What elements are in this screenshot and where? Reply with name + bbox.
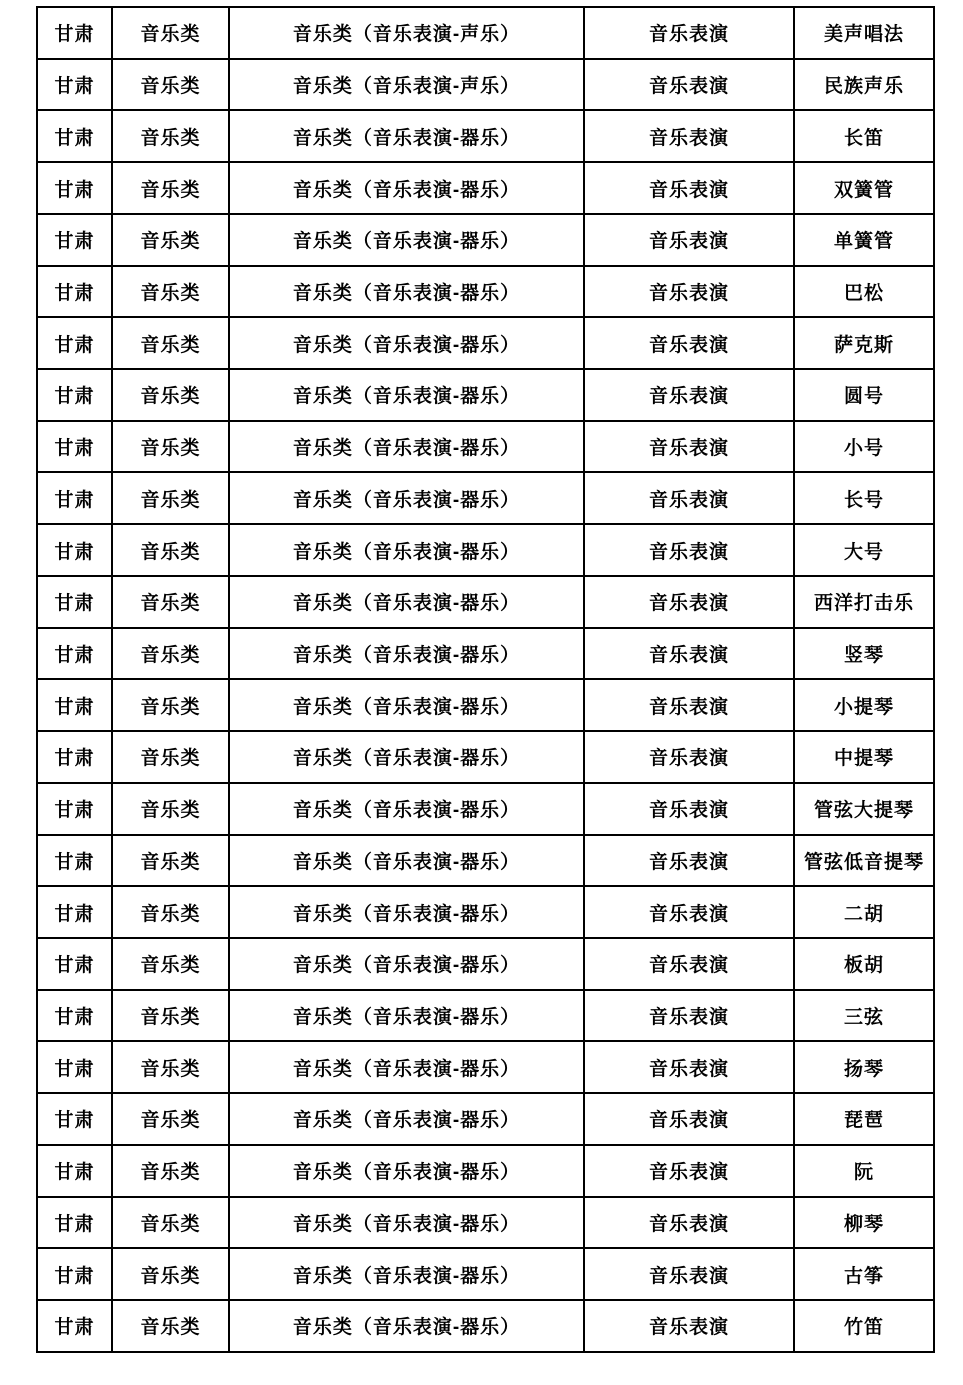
cell-specialization: 小号 <box>794 421 934 473</box>
cell-exam-category: 音乐类 <box>112 317 229 369</box>
cell-province: 甘肃 <box>37 7 112 59</box>
cell-specialization: 单簧管 <box>794 214 934 266</box>
cell-specialization: 巴松 <box>794 266 934 318</box>
cell-exam-category: 音乐类 <box>112 1145 229 1197</box>
cell-exam-category-detail: 音乐类（音乐表演-器乐） <box>229 110 584 162</box>
cell-major: 音乐表演 <box>584 472 794 524</box>
cell-major: 音乐表演 <box>584 679 794 731</box>
cell-exam-category-detail: 音乐类（音乐表演-声乐） <box>229 59 584 111</box>
cell-exam-category: 音乐类 <box>112 214 229 266</box>
cell-province: 甘肃 <box>37 990 112 1042</box>
cell-specialization: 扬琴 <box>794 1041 934 1093</box>
cell-specialization: 圆号 <box>794 369 934 421</box>
cell-province: 甘肃 <box>37 266 112 318</box>
cell-exam-category-detail: 音乐类（音乐表演-器乐） <box>229 1041 584 1093</box>
cell-exam-category-detail: 音乐类（音乐表演-器乐） <box>229 783 584 835</box>
cell-specialization: 竖琴 <box>794 628 934 680</box>
cell-major: 音乐表演 <box>584 110 794 162</box>
table-row: 甘肃音乐类音乐类（音乐表演-器乐）音乐表演二胡 <box>37 886 934 938</box>
cell-exam-category-detail: 音乐类（音乐表演-器乐） <box>229 472 584 524</box>
table-row: 甘肃音乐类音乐类（音乐表演-器乐）音乐表演扬琴 <box>37 1041 934 1093</box>
cell-major: 音乐表演 <box>584 524 794 576</box>
cell-province: 甘肃 <box>37 783 112 835</box>
cell-province: 甘肃 <box>37 938 112 990</box>
cell-province: 甘肃 <box>37 110 112 162</box>
table-row: 甘肃音乐类音乐类（音乐表演-器乐）音乐表演小号 <box>37 421 934 473</box>
cell-exam-category: 音乐类 <box>112 576 229 628</box>
cell-province: 甘肃 <box>37 472 112 524</box>
cell-exam-category-detail: 音乐类（音乐表演-器乐） <box>229 162 584 214</box>
cell-exam-category-detail: 音乐类（音乐表演-器乐） <box>229 886 584 938</box>
cell-specialization: 大号 <box>794 524 934 576</box>
cell-exam-category-detail: 音乐类（音乐表演-器乐） <box>229 369 584 421</box>
cell-specialization: 美声唱法 <box>794 7 934 59</box>
cell-province: 甘肃 <box>37 1248 112 1300</box>
cell-exam-category-detail: 音乐类（音乐表演-器乐） <box>229 266 584 318</box>
table-row: 甘肃音乐类音乐类（音乐表演-器乐）音乐表演单簧管 <box>37 214 934 266</box>
table-row: 甘肃音乐类音乐类（音乐表演-器乐）音乐表演古筝 <box>37 1248 934 1300</box>
cell-exam-category-detail: 音乐类（音乐表演-器乐） <box>229 835 584 887</box>
admissions-category-table: 甘肃音乐类音乐类（音乐表演-声乐）音乐表演美声唱法甘肃音乐类音乐类（音乐表演-声… <box>36 6 935 1353</box>
cell-exam-category-detail: 音乐类（音乐表演-器乐） <box>229 1093 584 1145</box>
cell-province: 甘肃 <box>37 628 112 680</box>
cell-province: 甘肃 <box>37 1197 112 1249</box>
cell-exam-category: 音乐类 <box>112 110 229 162</box>
table-row: 甘肃音乐类音乐类（音乐表演-器乐）音乐表演竹笛 <box>37 1300 934 1352</box>
table-row: 甘肃音乐类音乐类（音乐表演-器乐）音乐表演巴松 <box>37 266 934 318</box>
cell-major: 音乐表演 <box>584 731 794 783</box>
cell-exam-category: 音乐类 <box>112 7 229 59</box>
cell-exam-category-detail: 音乐类（音乐表演-器乐） <box>229 317 584 369</box>
cell-exam-category: 音乐类 <box>112 472 229 524</box>
cell-exam-category: 音乐类 <box>112 1300 229 1352</box>
cell-major: 音乐表演 <box>584 1248 794 1300</box>
cell-major: 音乐表演 <box>584 214 794 266</box>
cell-exam-category: 音乐类 <box>112 524 229 576</box>
cell-major: 音乐表演 <box>584 421 794 473</box>
cell-province: 甘肃 <box>37 1041 112 1093</box>
cell-province: 甘肃 <box>37 1145 112 1197</box>
cell-exam-category: 音乐类 <box>112 886 229 938</box>
cell-province: 甘肃 <box>37 524 112 576</box>
cell-major: 音乐表演 <box>584 266 794 318</box>
table-row: 甘肃音乐类音乐类（音乐表演-器乐）音乐表演琵琶 <box>37 1093 934 1145</box>
cell-specialization: 柳琴 <box>794 1197 934 1249</box>
cell-major: 音乐表演 <box>584 990 794 1042</box>
cell-exam-category: 音乐类 <box>112 59 229 111</box>
cell-major: 音乐表演 <box>584 162 794 214</box>
cell-specialization: 民族声乐 <box>794 59 934 111</box>
cell-exam-category: 音乐类 <box>112 628 229 680</box>
cell-major: 音乐表演 <box>584 1093 794 1145</box>
cell-major: 音乐表演 <box>584 938 794 990</box>
cell-province: 甘肃 <box>37 1093 112 1145</box>
cell-major: 音乐表演 <box>584 317 794 369</box>
cell-major: 音乐表演 <box>584 628 794 680</box>
cell-specialization: 古筝 <box>794 1248 934 1300</box>
cell-specialization: 板胡 <box>794 938 934 990</box>
cell-exam-category: 音乐类 <box>112 266 229 318</box>
cell-specialization: 竹笛 <box>794 1300 934 1352</box>
cell-specialization: 西洋打击乐 <box>794 576 934 628</box>
cell-exam-category-detail: 音乐类（音乐表演-器乐） <box>229 990 584 1042</box>
cell-specialization: 长笛 <box>794 110 934 162</box>
cell-major: 音乐表演 <box>584 886 794 938</box>
cell-major: 音乐表演 <box>584 1041 794 1093</box>
cell-exam-category: 音乐类 <box>112 679 229 731</box>
cell-exam-category-detail: 音乐类（音乐表演-器乐） <box>229 628 584 680</box>
cell-exam-category: 音乐类 <box>112 369 229 421</box>
cell-province: 甘肃 <box>37 421 112 473</box>
cell-exam-category-detail: 音乐类（音乐表演-器乐） <box>229 421 584 473</box>
table-row: 甘肃音乐类音乐类（音乐表演-器乐）音乐表演管弦大提琴 <box>37 783 934 835</box>
cell-major: 音乐表演 <box>584 59 794 111</box>
cell-exam-category: 音乐类 <box>112 731 229 783</box>
table-row: 甘肃音乐类音乐类（音乐表演-器乐）音乐表演板胡 <box>37 938 934 990</box>
cell-major: 音乐表演 <box>584 1300 794 1352</box>
cell-exam-category-detail: 音乐类（音乐表演-器乐） <box>229 1145 584 1197</box>
table-row: 甘肃音乐类音乐类（音乐表演-器乐）音乐表演小提琴 <box>37 679 934 731</box>
table-row: 甘肃音乐类音乐类（音乐表演-器乐）音乐表演大号 <box>37 524 934 576</box>
cell-exam-category: 音乐类 <box>112 421 229 473</box>
cell-exam-category-detail: 音乐类（音乐表演-器乐） <box>229 524 584 576</box>
cell-exam-category: 音乐类 <box>112 1248 229 1300</box>
cell-specialization: 三弦 <box>794 990 934 1042</box>
cell-province: 甘肃 <box>37 214 112 266</box>
table-row: 甘肃音乐类音乐类（音乐表演-器乐）音乐表演中提琴 <box>37 731 934 783</box>
cell-exam-category: 音乐类 <box>112 1197 229 1249</box>
table-row: 甘肃音乐类音乐类（音乐表演-器乐）音乐表演管弦低音提琴 <box>37 835 934 887</box>
cell-major: 音乐表演 <box>584 7 794 59</box>
table-row: 甘肃音乐类音乐类（音乐表演-器乐）音乐表演长号 <box>37 472 934 524</box>
cell-exam-category: 音乐类 <box>112 990 229 1042</box>
cell-major: 音乐表演 <box>584 1197 794 1249</box>
cell-specialization: 中提琴 <box>794 731 934 783</box>
cell-major: 音乐表演 <box>584 1145 794 1197</box>
cell-exam-category-detail: 音乐类（音乐表演-器乐） <box>229 938 584 990</box>
cell-exam-category-detail: 音乐类（音乐表演-器乐） <box>229 1197 584 1249</box>
cell-specialization: 双簧管 <box>794 162 934 214</box>
cell-exam-category-detail: 音乐类（音乐表演-器乐） <box>229 214 584 266</box>
cell-exam-category: 音乐类 <box>112 835 229 887</box>
cell-exam-category-detail: 音乐类（音乐表演-声乐） <box>229 7 584 59</box>
cell-specialization: 管弦大提琴 <box>794 783 934 835</box>
cell-exam-category: 音乐类 <box>112 162 229 214</box>
cell-specialization: 阮 <box>794 1145 934 1197</box>
cell-province: 甘肃 <box>37 1300 112 1352</box>
cell-exam-category-detail: 音乐类（音乐表演-器乐） <box>229 1248 584 1300</box>
cell-specialization: 琵琶 <box>794 1093 934 1145</box>
cell-specialization: 长号 <box>794 472 934 524</box>
cell-exam-category: 音乐类 <box>112 1041 229 1093</box>
cell-exam-category-detail: 音乐类（音乐表演-器乐） <box>229 1300 584 1352</box>
table-body: 甘肃音乐类音乐类（音乐表演-声乐）音乐表演美声唱法甘肃音乐类音乐类（音乐表演-声… <box>37 7 934 1352</box>
cell-province: 甘肃 <box>37 731 112 783</box>
cell-exam-category: 音乐类 <box>112 938 229 990</box>
cell-exam-category-detail: 音乐类（音乐表演-器乐） <box>229 576 584 628</box>
cell-major: 音乐表演 <box>584 576 794 628</box>
table-row: 甘肃音乐类音乐类（音乐表演-器乐）音乐表演长笛 <box>37 110 934 162</box>
cell-major: 音乐表演 <box>584 369 794 421</box>
cell-exam-category-detail: 音乐类（音乐表演-器乐） <box>229 679 584 731</box>
table-row: 甘肃音乐类音乐类（音乐表演-器乐）音乐表演萨克斯 <box>37 317 934 369</box>
cell-province: 甘肃 <box>37 59 112 111</box>
cell-province: 甘肃 <box>37 369 112 421</box>
table-row: 甘肃音乐类音乐类（音乐表演-声乐）音乐表演美声唱法 <box>37 7 934 59</box>
cell-province: 甘肃 <box>37 679 112 731</box>
cell-exam-category: 音乐类 <box>112 783 229 835</box>
table-row: 甘肃音乐类音乐类（音乐表演-器乐）音乐表演西洋打击乐 <box>37 576 934 628</box>
table-row: 甘肃音乐类音乐类（音乐表演-器乐）音乐表演三弦 <box>37 990 934 1042</box>
table-row: 甘肃音乐类音乐类（音乐表演-器乐）音乐表演柳琴 <box>37 1197 934 1249</box>
cell-province: 甘肃 <box>37 162 112 214</box>
cell-specialization: 管弦低音提琴 <box>794 835 934 887</box>
cell-specialization: 萨克斯 <box>794 317 934 369</box>
table-row: 甘肃音乐类音乐类（音乐表演-器乐）音乐表演阮 <box>37 1145 934 1197</box>
table-row: 甘肃音乐类音乐类（音乐表演-声乐）音乐表演民族声乐 <box>37 59 934 111</box>
cell-province: 甘肃 <box>37 835 112 887</box>
cell-major: 音乐表演 <box>584 783 794 835</box>
cell-province: 甘肃 <box>37 576 112 628</box>
cell-specialization: 二胡 <box>794 886 934 938</box>
cell-specialization: 小提琴 <box>794 679 934 731</box>
cell-major: 音乐表演 <box>584 835 794 887</box>
table-row: 甘肃音乐类音乐类（音乐表演-器乐）音乐表演圆号 <box>37 369 934 421</box>
table-row: 甘肃音乐类音乐类（音乐表演-器乐）音乐表演双簧管 <box>37 162 934 214</box>
cell-exam-category-detail: 音乐类（音乐表演-器乐） <box>229 731 584 783</box>
cell-exam-category: 音乐类 <box>112 1093 229 1145</box>
table-row: 甘肃音乐类音乐类（音乐表演-器乐）音乐表演竖琴 <box>37 628 934 680</box>
cell-province: 甘肃 <box>37 886 112 938</box>
cell-province: 甘肃 <box>37 317 112 369</box>
